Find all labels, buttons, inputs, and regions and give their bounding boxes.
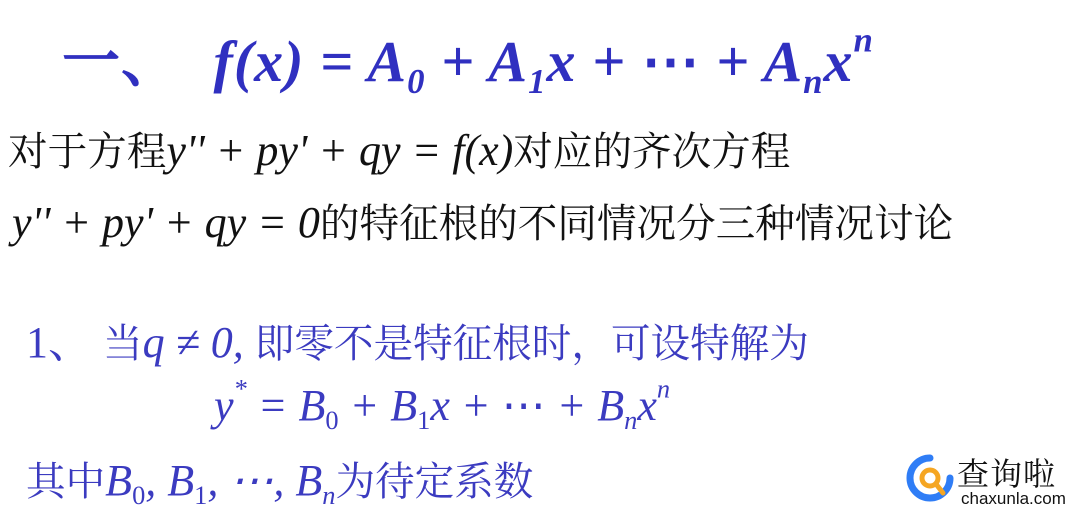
case-condition: q ≠ 0, <box>143 318 244 367</box>
section-number: 一、 <box>62 27 180 95</box>
nonhomogeneous-equation: y'' + py' + qy = f(x) <box>166 126 513 175</box>
particular-solution-formula: y* = B0 + B1x + ⋯ + Bnxn <box>214 380 670 431</box>
watermark: 查询啦 chaxunla.com <box>905 445 1075 515</box>
case-1-statement: 1、 当q ≠ 0, 即零不是特征根时，可设特解为 <box>26 306 809 370</box>
intro-tail: 对应的齐次方程 <box>513 129 790 175</box>
note-lead: 其中 <box>26 459 105 505</box>
note-tail: 为待定系数 <box>335 459 533 505</box>
note-coefficients: B0, B1, ⋯, Bn <box>105 456 335 505</box>
title-formula: f(x) = A0 + A1x + ⋯ + Anxn <box>214 29 874 94</box>
slide-title: 一、 f(x) = A0 + A1x + ⋯ + Anxn <box>62 14 874 98</box>
intro-line-2-tail: 的特征根的不同情况分三种情况讨论 <box>320 201 953 247</box>
case-text: 即零不是特征根时，可设特解为 <box>255 321 809 367</box>
case-when: 当 <box>103 321 143 367</box>
homogeneous-equation: y'' + py' + qy = 0 <box>12 198 320 247</box>
watermark-domain: chaxunla.com <box>961 489 1066 509</box>
coefficient-note: 其中B0, B1, ⋯, Bn为待定系数 <box>26 450 533 507</box>
intro-lead: 对于方程 <box>8 129 166 175</box>
case-number: 1、 <box>26 318 92 367</box>
magnifier-logo-icon <box>905 453 955 503</box>
intro-line-2: y'' + py' + qy = 0的特征根的不同情况分三种情况讨论 <box>12 192 953 249</box>
intro-line-1: 对于方程y'' + py' + qy = f(x)对应的齐次方程 <box>8 120 790 177</box>
